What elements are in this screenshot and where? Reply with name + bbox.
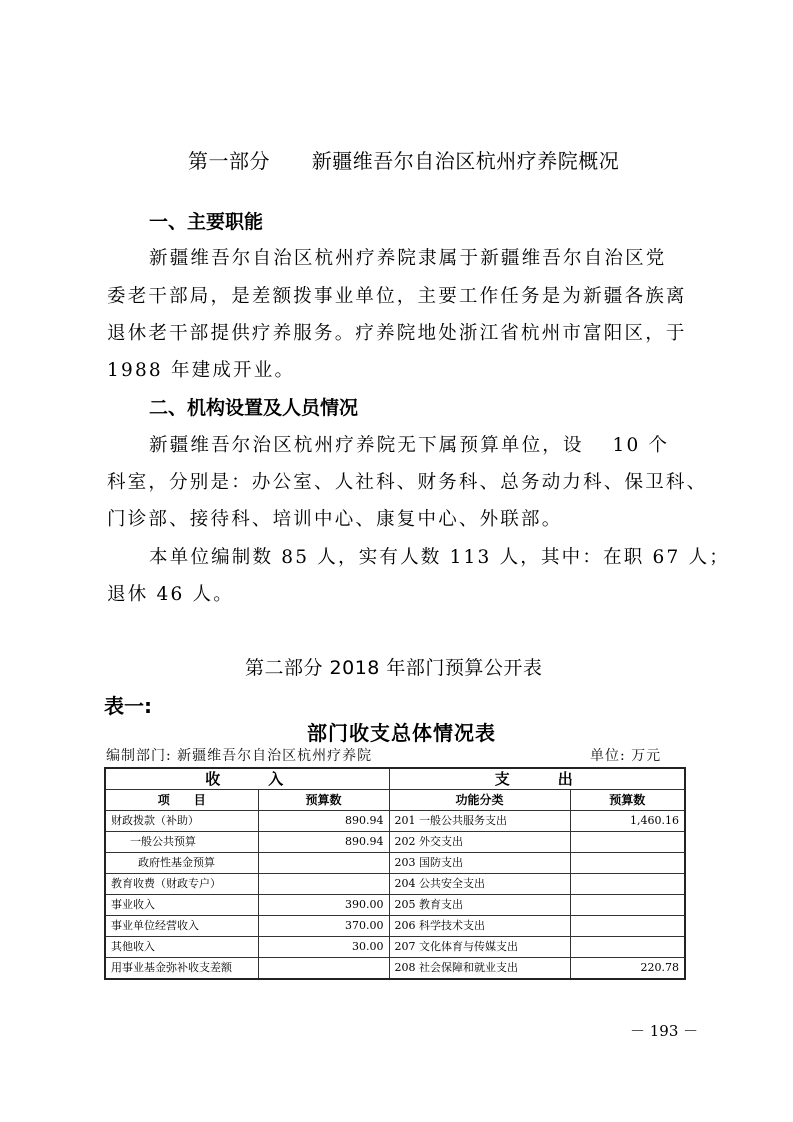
compiler-label: 编制部门: 新疆维吾尔自治区杭州疗养院 [106,745,372,765]
part1-title-text: 新疆维吾尔自治区杭州疗养院概况 [312,149,620,173]
table-row: 一般公共预算 890.94 202 外交支出 [105,832,685,853]
table-row: 事业收入 390.00 205 教育支出 [105,895,685,916]
col-budget-header: 预算数 [258,790,389,811]
section2-line-4: 本单位编制数 85 人，实有人数 113 人，其中：在职 67 人； [149,543,730,569]
income-item: 事业单位经营收入 [105,916,258,937]
section1-line-1: 新疆维吾尔自治区杭州疗养院隶属于新疆维吾尔自治区党 [149,244,667,270]
table-row: 政府性基金预算 203 国防支出 [105,853,685,874]
table-row: 教育收费（财政专户） 204 公共安全支出 [105,874,685,895]
income-item: 事业收入 [105,895,258,916]
expense-item: 202 外交支出 [389,832,570,853]
income-item: 其他收入 [105,937,258,958]
income-value: 30.00 [258,937,389,958]
expense-header: 支 出 [389,768,685,790]
table-title: 部门收支总体情况表 [307,717,496,746]
expense-value [570,853,685,874]
expense-item: 201 一般公共服务支出 [389,811,570,832]
table-row: 用事业基金弥补收支差额 208 社会保障和就业支出 220.78 [105,958,685,980]
section1-line-2: 委老干部局，是差额拨事业单位，主要工作任务是为新疆各族离 [107,282,687,308]
income-value: 390.00 [258,895,389,916]
section2-heading: 二、机构设置及人员情况 [149,393,358,420]
section2-line-5: 退休 46 人。 [107,580,234,606]
budget-summary-table: 收 入 支 出 项 目 预算数 功能分类 预算数 财政拨款（补助） 890.94… [104,767,686,980]
unit-label: 单位: 万元 [590,745,661,765]
expense-item: 205 教育支出 [389,895,570,916]
income-item: 教育收费（财政专户） [105,874,258,895]
section1-line-4: 1988 年建成开业。 [107,356,295,382]
expense-value [570,895,685,916]
table-row: 财政拨款（补助） 890.94 201 一般公共服务支出 1,460.16 [105,811,685,832]
expense-item: 207 文化体育与传媒支出 [389,937,570,958]
income-item: 财政拨款（补助） [105,811,258,832]
section1-line-3: 退休老干部提供疗养服务。疗养院地处浙江省杭州市富阳区，于 [107,319,687,345]
page-number: － 193 － [630,1020,698,1041]
income-value: 890.94 [258,832,389,853]
table-column-header-row: 项 目 预算数 功能分类 预算数 [105,790,685,811]
expense-item: 203 国防支出 [389,853,570,874]
expense-item: 204 公共安全支出 [389,874,570,895]
income-value: 890.94 [258,811,389,832]
expense-value: 220.78 [570,958,685,980]
expense-value [570,832,685,853]
part1-title-label: 第一部分 [188,149,270,173]
income-item: 用事业基金弥补收支差额 [105,958,258,980]
expense-value [570,937,685,958]
income-item: 政府性基金预算 [105,853,258,874]
section2-line-3: 门诊部、接待科、培训中心、康复中心、外联部。 [107,505,562,531]
table-row: 其他收入 30.00 207 文化体育与传媒支出 [105,937,685,958]
expense-value [570,916,685,937]
expense-item: 208 社会保障和就业支出 [389,958,570,980]
part2-title: 第二部分 2018 年部门预算公开表 [245,653,542,680]
table-section-header-row: 收 入 支 出 [105,768,685,790]
income-item: 一般公共预算 [105,832,258,853]
income-value [258,958,389,980]
section2-line-2: 科室，分别是：办公室、人社科、财务科、总务动力科、保卫科、 [107,468,707,494]
expense-value [570,874,685,895]
expense-item: 206 科学技术支出 [389,916,570,937]
col-budget2-header: 预算数 [570,790,685,811]
income-value [258,874,389,895]
income-value: 370.00 [258,916,389,937]
income-header: 收 入 [105,768,389,790]
expense-value: 1,460.16 [570,811,685,832]
table-label: 表一: [104,690,152,719]
table-row: 事业单位经营收入 370.00 206 科学技术支出 [105,916,685,937]
col-func-header: 功能分类 [389,790,570,811]
part1-title: 第一部分 新疆维吾尔自治区杭州疗养院概况 [188,145,619,174]
section1-heading: 一、主要职能 [149,207,263,234]
col-item-header: 项 目 [105,790,258,811]
section2-line-1: 新疆维吾尔治区杭州疗养院无下属预算单位，设 10 个 [149,431,669,457]
income-value [258,853,389,874]
